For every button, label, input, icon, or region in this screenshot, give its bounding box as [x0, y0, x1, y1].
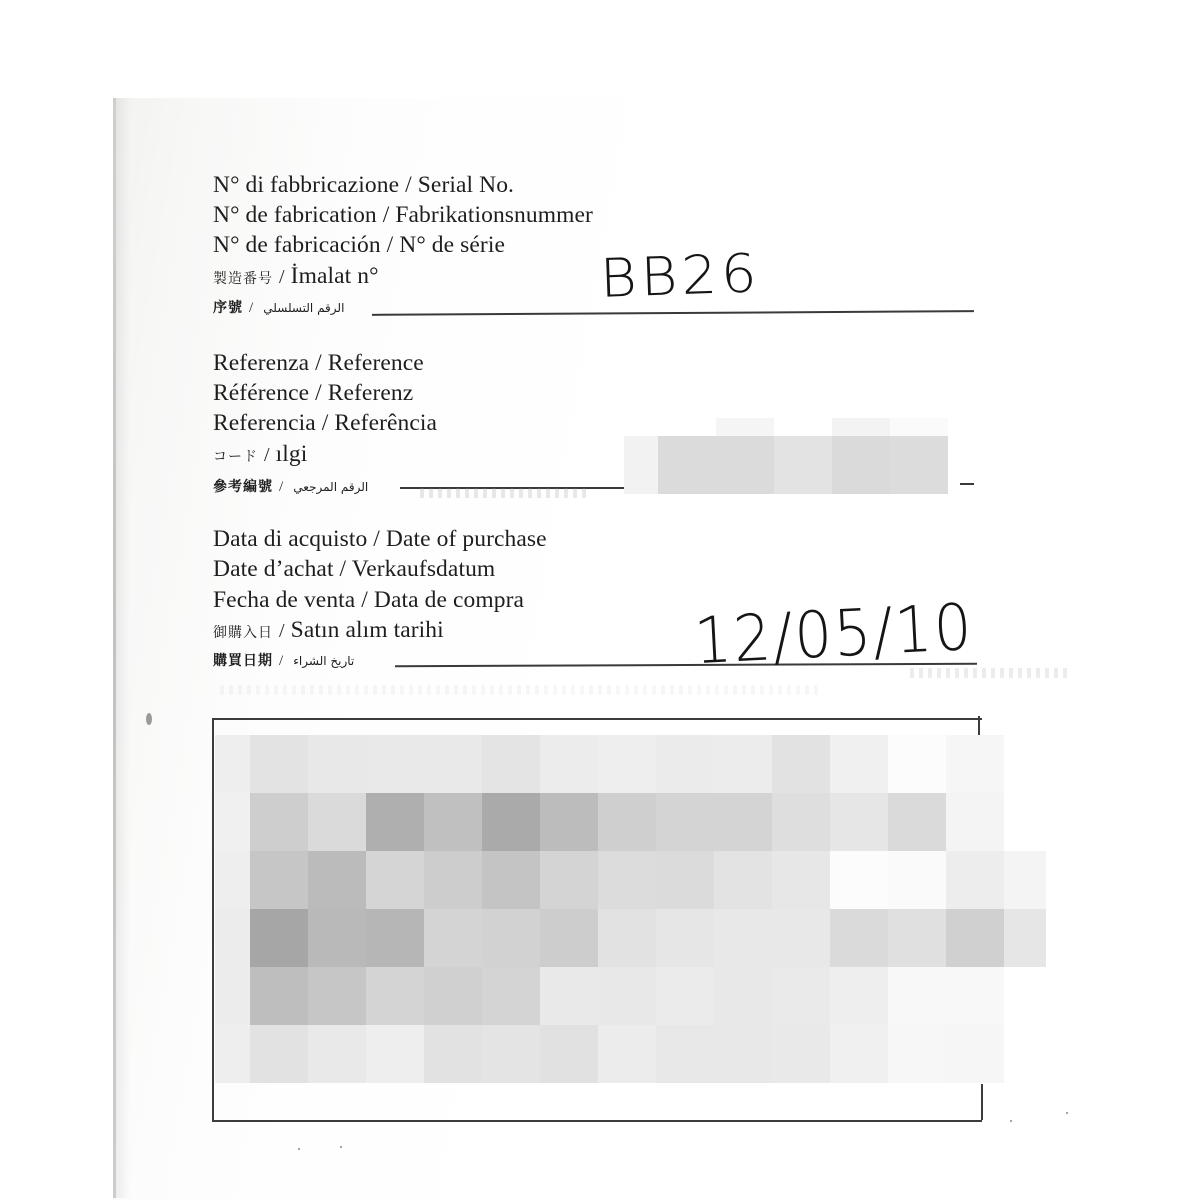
mosaic-cell: [830, 909, 888, 967]
mosaic-cell: [772, 793, 830, 851]
mosaic-cell: [888, 1025, 946, 1083]
paper-speck: [340, 1146, 342, 1148]
purchase-label-5: 購買日期/تاريخ الشراء: [213, 645, 354, 676]
mosaic-cell: [215, 1025, 250, 1083]
mosaic-cell: [772, 1025, 830, 1083]
purchase-zh-label: 購買日期: [213, 653, 273, 669]
reference-label-2: Référence / Referenz: [213, 378, 413, 408]
mosaic-cell: [714, 967, 772, 1025]
mosaic-cell: [308, 793, 366, 851]
reference-label-3: Referencia / Referência: [213, 408, 437, 438]
mosaic-cell: [830, 1025, 888, 1083]
purchase-ar-label: تاريخ الشراء: [293, 654, 354, 668]
serial-label-5: 序號/الرقم التسلسلي: [213, 292, 344, 323]
mosaic-cell: [888, 735, 946, 793]
mosaic-cell: [366, 967, 424, 1025]
mosaic-cell: [215, 851, 250, 909]
reference-label-1: Referenza / Reference: [213, 348, 424, 378]
mosaic-cell: [598, 1025, 656, 1083]
mosaic-cell: [250, 735, 308, 793]
mosaic-cell: [424, 851, 482, 909]
reference-label-5: 參考編號/الرقم المرجعي: [213, 471, 368, 502]
mosaic-cell: [482, 735, 540, 793]
mosaic-cell: [1004, 909, 1046, 967]
mosaic-cell: [888, 793, 946, 851]
separator: /: [279, 266, 285, 288]
mosaic-cell: [888, 909, 946, 967]
mosaic-cell: [946, 735, 1004, 793]
mosaic-cell: [366, 793, 424, 851]
mosaic-cell: [308, 851, 366, 909]
reference-ar-label: الرقم المرجعي: [293, 480, 368, 494]
mosaic-cell: [656, 909, 714, 967]
mosaic-cell: [656, 1025, 714, 1083]
mosaic-cell: [714, 909, 772, 967]
mosaic-cell: [424, 735, 482, 793]
mosaic-cell: [830, 967, 888, 1025]
mosaic-cell: [482, 967, 540, 1025]
mosaic-cell: [308, 967, 366, 1025]
purchase-jp-label: 御購入日: [213, 625, 273, 641]
reference-zh-label: 參考編號: [213, 479, 273, 495]
mosaic-cell: [250, 793, 308, 851]
mosaic-cell: [656, 967, 714, 1025]
mosaic-cell: [540, 967, 598, 1025]
separator: /: [279, 653, 283, 669]
mosaic-cell: [656, 793, 714, 851]
mosaic-cell: [772, 851, 830, 909]
mosaic-cell: [772, 909, 830, 967]
mosaic-cell: [215, 909, 250, 967]
purchase-tr-label: Satın alım tarihi: [291, 617, 444, 643]
mosaic-cell: [482, 909, 540, 967]
mosaic-cell: [714, 851, 772, 909]
separator: /: [279, 479, 283, 495]
mosaic-cell: [772, 967, 830, 1025]
mosaic-cell: [366, 1025, 424, 1083]
mosaic-cell: [366, 735, 424, 793]
stamp-box-right-edge: [981, 1084, 983, 1120]
mosaic-cell: [250, 1025, 308, 1083]
mosaic-cell: [250, 851, 308, 909]
mosaic-cell: [250, 909, 308, 967]
paper-speck: [146, 713, 152, 725]
mosaic-cell: [714, 1025, 772, 1083]
mosaic-cell: [832, 418, 890, 436]
mosaic-cell: [366, 909, 424, 967]
separator: /: [279, 620, 285, 642]
mosaic-cell: [482, 1025, 540, 1083]
mosaic-cell: [832, 436, 890, 494]
mosaic-cell: [830, 793, 888, 851]
mosaic-cell: [772, 735, 830, 793]
mosaic-cell: [424, 793, 482, 851]
paper-speck: [1066, 1112, 1068, 1114]
mosaic-cell: [540, 851, 598, 909]
purchase-label-3: Fecha de venta / Data de compra: [213, 585, 524, 615]
serial-zh-label: 序號: [213, 300, 243, 316]
mosaic-cell: [424, 1025, 482, 1083]
mosaic-cell: [714, 793, 772, 851]
show-through-text: [220, 685, 820, 695]
serial-handwritten-value: BB26: [599, 243, 762, 310]
mosaic-cell: [540, 909, 598, 967]
mosaic-cell: [250, 967, 308, 1025]
mosaic-cell: [830, 735, 888, 793]
serial-label-1: N° di fabbricazione / Serial No.: [213, 170, 514, 200]
mosaic-cell: [215, 967, 250, 1025]
mosaic-cell: [308, 1025, 366, 1083]
reference-jp-label: コード: [213, 449, 258, 465]
serial-tr-label: İmalat n°: [291, 263, 379, 289]
mosaic-cell: [774, 436, 832, 494]
show-through-text: [420, 488, 590, 498]
sheet-left-edge: [113, 98, 116, 1198]
mosaic-cell: [308, 909, 366, 967]
reference-tr-label: ılgi: [276, 441, 308, 467]
purchase-label-4: 御購入日/Satın alım tarihi: [213, 615, 444, 648]
mosaic-cell: [598, 793, 656, 851]
reference-label-4: コード/ılgi: [213, 439, 307, 472]
separator: /: [264, 444, 270, 466]
sheet-shadow: [116, 98, 130, 1198]
mosaic-cell: [946, 851, 1004, 909]
serial-label-2: N° de fabrication / Fabrikationsnummer: [213, 200, 593, 230]
paper-speck: [1010, 1120, 1012, 1122]
mosaic-cell: [540, 1025, 598, 1083]
mosaic-cell: [716, 418, 774, 436]
mosaic-cell: [656, 735, 714, 793]
serial-label-4: 製造番号/İmalat n°: [213, 261, 379, 294]
mosaic-cell: [366, 851, 424, 909]
mosaic-cell: [890, 418, 948, 436]
mosaic-cell: [946, 1025, 1004, 1083]
mosaic-cell: [482, 793, 540, 851]
mosaic-cell: [656, 851, 714, 909]
mosaic-cell: [598, 735, 656, 793]
mosaic-cell: [716, 436, 774, 494]
mosaic-cell: [1004, 851, 1046, 909]
mosaic-cell: [598, 851, 656, 909]
separator: /: [249, 300, 253, 316]
mosaic-cell: [424, 967, 482, 1025]
mosaic-cell: [946, 909, 1004, 967]
mosaic-cell: [658, 436, 716, 494]
mosaic-cell: [888, 967, 946, 1025]
mosaic-cell: [424, 909, 482, 967]
mosaic-cell: [830, 851, 888, 909]
mosaic-cell: [540, 793, 598, 851]
mosaic-cell: [482, 851, 540, 909]
serial-jp-label: 製造番号: [213, 271, 273, 287]
mosaic-cell: [598, 967, 656, 1025]
serial-ar-label: الرقم التسلسلي: [263, 301, 344, 315]
paper-speck: [298, 1148, 300, 1150]
show-through-text: [910, 668, 1070, 678]
mosaic-cell: [714, 735, 772, 793]
mosaic-cell: [215, 735, 250, 793]
mosaic-cell: [888, 851, 946, 909]
purchase-date-handwritten-value: 12/05/10: [692, 591, 975, 680]
mosaic-cell: [215, 793, 250, 851]
purchase-label-2: Date d’achat / Verkaufsdatum: [213, 554, 495, 584]
mosaic-cell: [540, 735, 598, 793]
mosaic-cell: [946, 793, 1004, 851]
reference-field-rule-end: [960, 483, 974, 485]
serial-label-3: N° de fabricación / N° de série: [213, 230, 505, 260]
mosaic-cell: [624, 436, 658, 494]
mosaic-cell: [598, 909, 656, 967]
mosaic-cell: [308, 735, 366, 793]
mosaic-cell: [946, 967, 1004, 1025]
mosaic-cell: [890, 436, 948, 494]
purchase-label-1: Data di acquisto / Date of purchase: [213, 524, 547, 554]
